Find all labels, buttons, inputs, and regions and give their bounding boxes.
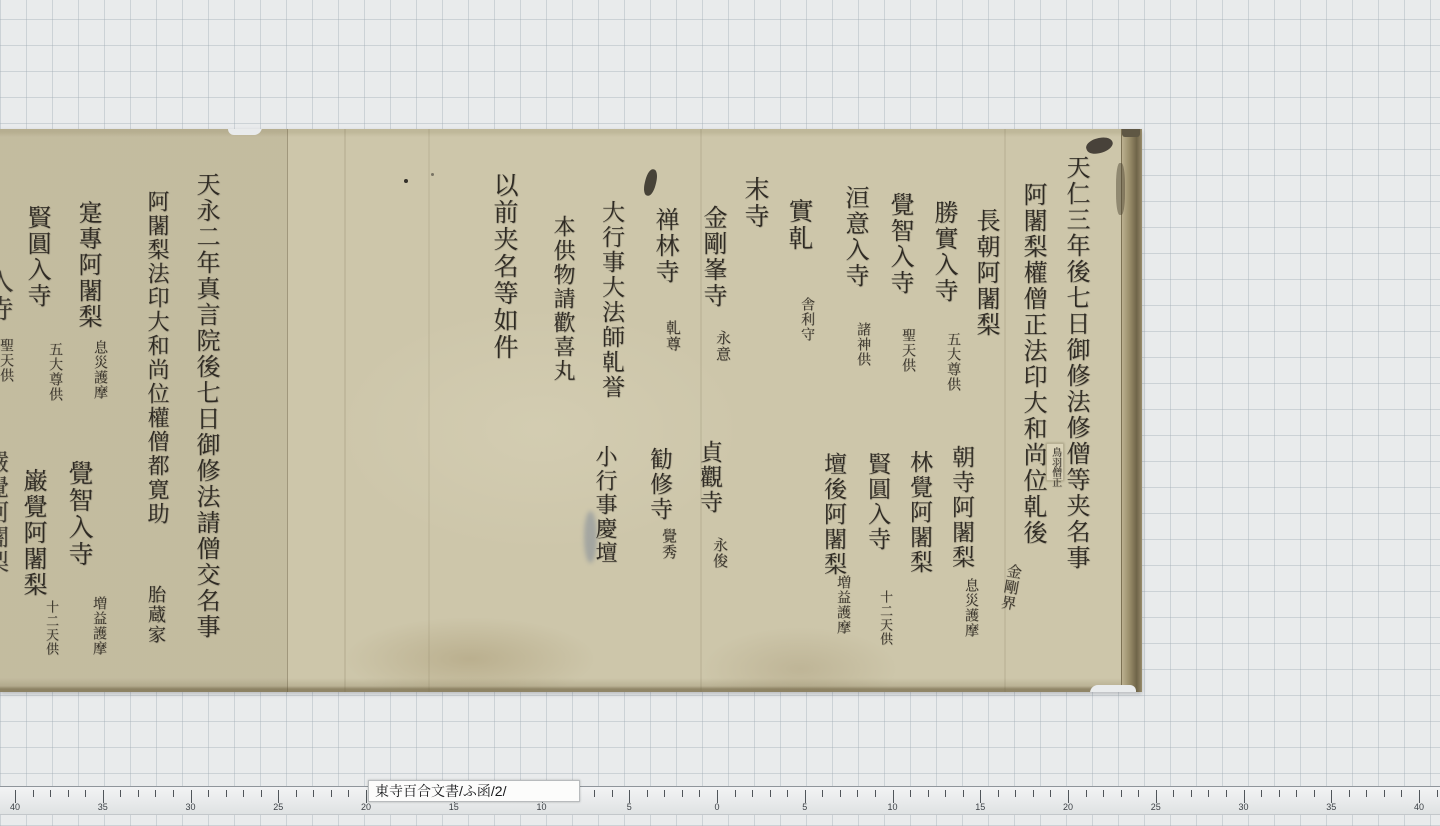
column-joganji: 貞觀寺 (698, 440, 721, 515)
ruler-number: 30 (181, 802, 201, 812)
ruler-number: 35 (93, 802, 113, 812)
column-chocho-ajari: 長朝阿闍梨 (973, 208, 997, 338)
ruler-minor-tick (682, 790, 683, 797)
ink-dot (431, 173, 434, 176)
ruler-minor-tick (208, 790, 209, 797)
ruler-minor-tick (612, 790, 613, 797)
annotation-eii: 永意 (714, 330, 729, 362)
ruler-number: 10 (883, 802, 903, 812)
column-tenei-title: 天永二年真言院後七日御修法請僧交名事 (193, 172, 217, 640)
ruler-number: 35 (1321, 802, 1341, 812)
column-koi-nyuji: 洹意入寺 (842, 185, 866, 289)
column-matsuji-header: 末寺 (742, 176, 767, 230)
ruler-minor-tick (1384, 790, 1385, 797)
ruler-minor-tick (1103, 790, 1104, 797)
annotation-kenson: 乹尊 (664, 320, 679, 352)
ruler-number: 25 (268, 802, 288, 812)
ruler-minor-tick (770, 790, 771, 797)
ruler-minor-tick (1086, 790, 1087, 797)
ruler-minor-tick (1121, 790, 1122, 797)
column-kajuji: 勧修寺 (648, 447, 671, 522)
column-dango-ajari: 壇後阿闍梨 (822, 452, 845, 577)
fragment-left-edge-upper: 入寺 (0, 267, 11, 323)
scroll-roll-shadow (1116, 163, 1125, 215)
ruler-minor-tick (155, 790, 156, 797)
column-kogyoji-keidan: 小行事慶壇 (594, 445, 616, 565)
column-kenen-nyuji-right: 賢圓入寺 (866, 452, 889, 552)
column-choji-ajari: 朝寺阿闍梨 (950, 445, 973, 570)
measurement-ruler: 4035302520151050510152025303540 (0, 786, 1440, 815)
annotation-taizoke: 胎蔵家 (147, 585, 165, 645)
annotation-godaison-ku-left: 五大尊供 (47, 342, 61, 402)
ruler-number: 5 (619, 802, 639, 812)
viewer-canvas: 天仁三年後七日御修法修僧等夹名事阿闍梨權僧正法印大和尚位乹後鳥羽僧正長朝阿闍梨勝… (0, 0, 1440, 826)
ruler-minor-tick (138, 790, 139, 797)
column-tennin-title: 天仁三年後七日御修法修僧等夹名事 (1063, 155, 1087, 571)
ruler-minor-tick (85, 790, 86, 797)
ruler-minor-tick (1296, 790, 1297, 797)
column-honkumotsu: 本供物請歡喜丸 (552, 215, 574, 383)
annotation-zoyaku-goma-left: 増益護摩 (91, 596, 105, 656)
column-kakuchi-nyuji-left: 覺智入寺 (66, 460, 91, 568)
ruler-minor-tick (752, 790, 753, 797)
ruler-minor-tick (875, 790, 876, 797)
ruler-number: 0 (707, 802, 727, 812)
ruler-number: 20 (1058, 802, 1078, 812)
ruler-minor-tick (173, 790, 174, 797)
ruler-minor-tick (226, 790, 227, 797)
ruler-minor-tick (50, 790, 51, 797)
column-jitsuken: 實乹 (786, 198, 811, 252)
column-kakuchi-nyuji: 覺智入寺 (887, 192, 911, 296)
manuscript-scroll[interactable]: 天仁三年後七日御修法修僧等夹名事阿闍梨權僧正法印大和尚位乹後鳥羽僧正長朝阿闍梨勝… (0, 129, 1142, 692)
column-jitsusen-ajari: 寔專阿闍梨 (75, 200, 99, 330)
ruler-number: 15 (444, 802, 464, 812)
annotation-juniten-ku-right: 十二天供 (879, 590, 892, 646)
fragment-left-edge-lower: 嚴覺阿闍梨 (0, 450, 7, 575)
annotation-shojin-ku: 諸神供 (855, 322, 869, 367)
scroll-roll-edge (1121, 129, 1142, 692)
annotation-sokusai-goma-right: 息災護摩 (963, 578, 977, 638)
ruler-number: 20 (356, 802, 376, 812)
ruler-minor-tick (1226, 790, 1227, 797)
column-zenrinji: 禅林寺 (652, 207, 676, 285)
paper-tear-notch (1090, 685, 1136, 692)
ruler-minor-tick (348, 790, 349, 797)
annotation-shari-mamori: 舎利守 (799, 297, 813, 342)
paper-tear-notch (228, 129, 262, 135)
ruler-minor-tick (699, 790, 700, 797)
ruler-minor-tick (261, 790, 262, 797)
column-daigyoji: 大行事大法師乹誉 (600, 200, 623, 400)
annotation-sokusai-goma-left: 息災護摩 (92, 340, 106, 400)
ruler-minor-tick (963, 790, 964, 797)
ruler-minor-tick (945, 790, 946, 797)
ruler-minor-tick (1191, 790, 1192, 797)
ruler-minor-tick (1208, 790, 1209, 797)
annotation-kakushu: 覺秀 (660, 528, 675, 560)
document-caption: 東寺百合文書/ふ函/2/ (368, 780, 580, 802)
annotation-juniten-ku-left: 十二天供 (45, 600, 58, 656)
ruler-minor-tick (840, 790, 841, 797)
column-gankaku-ajari: 巌覺阿闍梨 (20, 468, 44, 598)
column-ajari-kanjo: 阿闍梨法印大和尚位權僧都寛助 (146, 190, 168, 526)
column-shojitsu-nyuji: 勝實入寺 (931, 200, 955, 304)
column-kenen-nyuji-left: 賢圓入寺 (24, 205, 48, 309)
annotation-eishun: 永俊 (711, 537, 726, 569)
ruler-minor-tick (1173, 790, 1174, 797)
ruler-minor-tick (1314, 790, 1315, 797)
ink-smudge (1084, 134, 1114, 157)
ruler-number: 40 (5, 802, 25, 812)
ruler-number: 30 (1234, 802, 1254, 812)
ruler-number: 10 (532, 802, 552, 812)
ruler-minor-tick (120, 790, 121, 797)
slip-toba-sojo: 鳥羽僧正 (1046, 443, 1064, 481)
ruler-minor-tick (331, 790, 332, 797)
ink-dot (404, 179, 408, 183)
ruler-minor-tick (787, 790, 788, 797)
paper-seam (287, 129, 288, 692)
ruler-minor-tick (1050, 790, 1051, 797)
ruler-minor-tick (33, 790, 34, 797)
ruler-minor-tick (296, 790, 297, 797)
ruler-minor-tick (1366, 790, 1367, 797)
column-rinkaku-ajari: 林覺阿闍梨 (908, 450, 931, 575)
ink-blot (642, 168, 659, 197)
ruler-minor-tick (313, 790, 314, 797)
ruler-minor-tick (1401, 790, 1402, 797)
ruler-minor-tick (998, 790, 999, 797)
ruler-minor-tick (594, 790, 595, 797)
ruler-minor-tick (735, 790, 736, 797)
column-kongobuji: 金剛峯寺 (700, 205, 724, 309)
ruler-number: 15 (970, 802, 990, 812)
ruler-number: 25 (1146, 802, 1166, 812)
ruler-minor-tick (664, 790, 665, 797)
ruler-minor-tick (647, 790, 648, 797)
ruler-minor-tick (822, 790, 823, 797)
ruler-minor-tick (1437, 790, 1438, 797)
annotation-godaison-ku: 五大尊供 (945, 332, 959, 392)
ruler-minor-tick (1261, 790, 1262, 797)
ruler-minor-tick (243, 790, 244, 797)
ruler-number: 40 (1409, 802, 1429, 812)
annotation-zoyaku-goma-right: 増益護摩 (835, 575, 849, 635)
column-ajari-gonsojo: 阿闍梨權僧正法印大和尚位乹後 (1020, 182, 1044, 546)
ruler-number: 5 (795, 802, 815, 812)
ruler-minor-tick (1349, 790, 1350, 797)
annotation-kongokai: 金剛界 (998, 562, 1021, 612)
ruler-minor-tick (1033, 790, 1034, 797)
ruler-minor-tick (928, 790, 929, 797)
ruler-minor-tick (857, 790, 858, 797)
column-izen-kyomei: 以前夹名等如件 (491, 172, 516, 361)
scroll-roll-cap (1122, 129, 1140, 137)
annotation-shoten-ku-left: 聖天供 (0, 338, 12, 383)
annotation-shoten-ku: 聖天供 (900, 328, 914, 373)
ruler-minor-tick (1279, 790, 1280, 797)
ruler-minor-tick (910, 790, 911, 797)
ruler-minor-tick (1015, 790, 1016, 797)
ruler-minor-tick (68, 790, 69, 797)
ruler-minor-tick (1138, 790, 1139, 797)
